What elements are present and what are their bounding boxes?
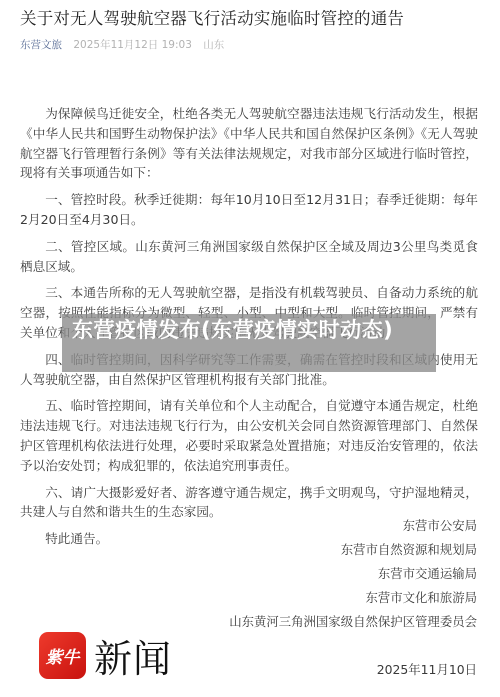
- ziniu-badge-icon: 紫牛: [39, 632, 86, 679]
- source-account-link[interactable]: 东营文旅: [20, 39, 62, 51]
- signature-line: 东营市交通运输局: [229, 562, 477, 586]
- signature-line: 东营市自然资源和规划局: [229, 538, 477, 562]
- notice-date: 2025年11月10日: [377, 660, 477, 678]
- paragraph-2: 二、管控区域。山东黄河三角洲国家级自然保护区全域及周边3公里鸟类觅食栖息区域。: [20, 237, 478, 277]
- logo-wordmark: 新闻: [94, 628, 172, 683]
- ziniu-news-logo: 紫牛 新闻: [39, 628, 172, 683]
- paragraph-intro: 为保障候鸟迁徙安全，杜绝各类无人驾驶航空器违法违规飞行活动发生，根据《中华人民共…: [20, 104, 478, 183]
- publish-location: 山东: [203, 39, 224, 51]
- paragraph-5: 五、临时管控期间，请有关单位和个人主动配合，自觉遵守本通告规定，杜绝违法违规飞行…: [20, 396, 478, 475]
- signature-block: 东营市公安局 东营市自然资源和规划局 东营市交通运输局 东营市文化和旅游局 山东…: [229, 514, 477, 634]
- publish-datetime: 2025年11月12日 19:03: [73, 39, 192, 51]
- signature-line: 山东黄河三角洲国家级自然保护区管理委员会: [229, 610, 477, 634]
- headline-overlay-text: 东营疫情发布(东营疫情实时动态): [72, 316, 432, 345]
- article-meta: 东营文旅 2025年11月12日 19:03 山东: [20, 38, 224, 52]
- paragraph-1: 一、管控时段。秋季迁徙期：每年10月10日至12月31日；春季迁徙期：每年2月2…: [20, 190, 478, 230]
- signature-line: 东营市公安局: [229, 514, 477, 538]
- article-title: 关于对无人驾驶航空器飞行活动实施临时管控的通告: [20, 8, 490, 30]
- signature-line: 东营市文化和旅游局: [229, 586, 477, 610]
